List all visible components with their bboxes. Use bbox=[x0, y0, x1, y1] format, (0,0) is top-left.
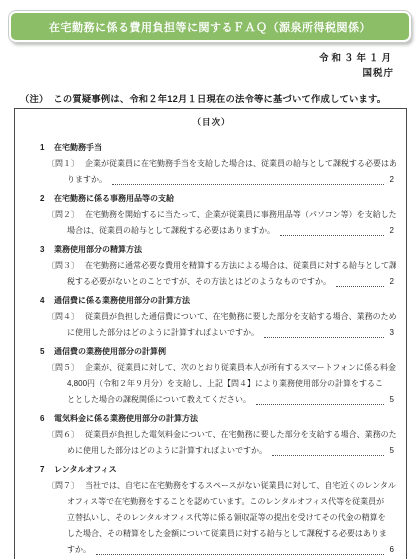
question-entry: 〔問５〕 企業が、従業員に対して、次のとおり従業員本人が所有するスマートフォンに… bbox=[27, 360, 396, 408]
section-title: 在宅勤務に係る事務用品等の支給 bbox=[54, 194, 174, 203]
toc-sections: 1在宅勤務手当 〔問１〕 企業が従業員に在宅勤務手当を支給した場合は、従業員の給… bbox=[27, 140, 396, 558]
toc-section: 7レンタルオフィス 〔問７〕 当社では、自宅に在宅勤務をするスペースがない従業員… bbox=[27, 462, 396, 558]
question-first-row: 〔問４〕 従業員が負担した通信費について、在宅勤務に要した部分を支給する場合、業… bbox=[27, 309, 396, 325]
question-line: した場合、その精算をした金額について従業員に対する給与として課税する必要はありま bbox=[27, 526, 396, 542]
page-number: 5 bbox=[390, 443, 396, 459]
question-last-line-text: めに使用した部分はどのように計算すればよいですか。 bbox=[67, 443, 267, 459]
question-first-line: 従業員が負担した通信費について、在宅勤務に要した部分を支給する場合、業務のため bbox=[85, 309, 396, 325]
question-first-line: 在宅勤務を開始するに当たって、企業が従業員に事務用品等（パソコン等）を支給した bbox=[85, 207, 396, 223]
question-last-row: りますか。 2 bbox=[27, 172, 396, 188]
section-heading: 3業務使用部分の精算方法 bbox=[27, 242, 396, 258]
question-last-row: 税する必要がないとのことですが、その方法とはどのようなものですか。 2 bbox=[27, 274, 396, 290]
document-title: 在宅勤務に係る費用負担等に関するＦＡＱ（源泉所得税関係） bbox=[49, 19, 371, 35]
section-title: 在宅勤務手当 bbox=[54, 143, 102, 152]
question-label: 〔問２〕 bbox=[47, 207, 79, 223]
question-last-row: すか。 6 bbox=[27, 542, 396, 558]
section-heading: 1在宅勤務手当 bbox=[27, 140, 396, 156]
question-entry: 〔問１〕 企業が従業員に在宅勤務手当を支給した場合は、従業員の給与として課税する… bbox=[27, 156, 396, 188]
section-title: 通信費に係る業務使用部分の計算方法 bbox=[54, 296, 190, 305]
section-number: 7 bbox=[40, 462, 54, 478]
question-label: 〔問５〕 bbox=[47, 360, 79, 376]
toc-section: 3業務使用部分の精算方法 〔問３〕 在宅勤務に通常必要な費用を精算する方法による… bbox=[27, 242, 396, 290]
section-number: 2 bbox=[40, 191, 54, 207]
question-last-row: めに使用した部分はどのように計算すればよいですか。 5 bbox=[27, 443, 396, 459]
title-banner: 在宅勤務に係る費用負担等に関するＦＡＱ（源泉所得税関係） bbox=[9, 11, 411, 42]
question-entry: 〔問４〕 従業員が負担した通信費について、在宅勤務に要した部分を支給する場合、業… bbox=[27, 309, 396, 341]
section-number: 1 bbox=[40, 140, 54, 156]
toc-section: 4通信費に係る業務使用部分の計算方法 〔問４〕 従業員が負担した通信費について、… bbox=[27, 293, 396, 341]
page-number: 5 bbox=[390, 392, 396, 408]
toc-section: 2在宅勤務に係る事務用品等の支給 〔問２〕 在宅勤務を開始するに当たって、企業が… bbox=[27, 191, 396, 239]
question-first-row: 〔問３〕 在宅勤務に通常必要な費用を精算する方法による場合は、従業員に対する給与… bbox=[27, 258, 396, 274]
page-number: 2 bbox=[390, 223, 396, 239]
section-heading: 5通信費の業務使用部分の計算例 bbox=[27, 344, 396, 360]
page-number: 6 bbox=[390, 542, 396, 558]
toc-box: （目次） 1在宅勤務手当 〔問１〕 企業が従業員に在宅勤務手当を支給した場合は、… bbox=[14, 108, 407, 559]
dot-leader bbox=[96, 554, 384, 555]
section-heading: 2在宅勤務に係る事務用品等の支給 bbox=[27, 191, 396, 207]
section-heading: 7レンタルオフィス bbox=[27, 462, 396, 478]
question-last-line-text: すか。 bbox=[67, 542, 91, 558]
question-last-line-text: ととした場合の課税関係について教えてください。 bbox=[67, 392, 251, 408]
section-number: 5 bbox=[40, 344, 54, 360]
section-title: 通信費の業務使用部分の計算例 bbox=[54, 347, 166, 356]
question-cont-lines: 4,800円（令和２年９月分）を支給し、上記【問４】により業務使用部分の計算をす… bbox=[27, 376, 396, 392]
question-line: オフィス等で在宅勤務をすることを認めています。このレンタルオフィス代等を従業員が bbox=[27, 494, 396, 510]
page-number: 2 bbox=[390, 274, 396, 290]
toc-section: 6電気料金に係る業務使用部分の計算方法 〔問６〕 従業員が負担した電気料金につい… bbox=[27, 411, 396, 459]
question-first-row: 〔問１〕 企業が従業員に在宅勤務手当を支給した場合は、従業員の給与として課税する… bbox=[27, 156, 396, 172]
section-number: 3 bbox=[40, 242, 54, 258]
dot-leader bbox=[256, 404, 384, 405]
question-last-row: 場合は、従業員の給与として課税する必要はありますか。 2 bbox=[27, 223, 396, 239]
question-entry: 〔問２〕 在宅勤務を開始するに当たって、企業が従業員に事務用品等（パソコン等）を… bbox=[27, 207, 396, 239]
question-label: 〔問３〕 bbox=[47, 258, 79, 274]
question-first-line: 従業員が負担した電気料金について、在宅勤務に要した部分を支給する場合、業務のた bbox=[85, 427, 396, 443]
document-date: 令和３年１月 bbox=[0, 51, 394, 66]
question-entry: 〔問６〕 従業員が負担した電気料金について、在宅勤務に要した部分を支給する場合、… bbox=[27, 427, 396, 459]
dot-leader bbox=[264, 337, 384, 338]
dot-leader bbox=[336, 286, 384, 287]
question-first-line: 在宅勤務に通常必要な費用を精算する方法による場合は、従業員に対する給与として課 bbox=[85, 258, 396, 274]
section-title: 電気料金に係る業務使用部分の計算方法 bbox=[54, 414, 198, 423]
toc-section: 5通信費の業務使用部分の計算例 〔問５〕 企業が、従業員に対して、次のとおり従業… bbox=[27, 344, 396, 408]
agency-name: 国税庁 bbox=[0, 66, 394, 81]
section-title: 業務使用部分の精算方法 bbox=[54, 245, 142, 254]
question-label: 〔問６〕 bbox=[47, 427, 79, 443]
header-meta: 令和３年１月 国税庁 bbox=[0, 51, 420, 81]
note-line: （注） この質疑事例は、令和２年12月１日現在の法令等に基づいて作成しています。 bbox=[20, 91, 406, 105]
dot-leader bbox=[112, 184, 384, 185]
question-cont-lines: オフィス等で在宅勤務をすることを認めています。このレンタルオフィス代等を従業員が… bbox=[27, 494, 396, 542]
section-heading: 6電気料金に係る業務使用部分の計算方法 bbox=[27, 411, 396, 427]
question-first-line: 当社では、自宅に在宅勤務をするスペースがない従業員に対して、自宅近くのレンタル bbox=[85, 478, 396, 494]
toc-section: 1在宅勤務手当 〔問１〕 企業が従業員に在宅勤務手当を支給した場合は、従業員の給… bbox=[27, 140, 396, 188]
question-first-row: 〔問６〕 従業員が負担した電気料金について、在宅勤務に要した部分を支給する場合、… bbox=[27, 427, 396, 443]
dot-leader bbox=[280, 235, 384, 236]
question-last-row: に使用した部分はどのように計算すればよいですか。 3 bbox=[27, 325, 396, 341]
question-last-line-text: 場合は、従業員の給与として課税する必要はありますか。 bbox=[67, 223, 275, 239]
question-entry: 〔問３〕 在宅勤務に通常必要な費用を精算する方法による場合は、従業員に対する給与… bbox=[27, 258, 396, 290]
question-first-row: 〔問７〕 当社では、自宅に在宅勤務をするスペースがない従業員に対して、自宅近くの… bbox=[27, 478, 396, 494]
section-number: 6 bbox=[40, 411, 54, 427]
question-first-row: 〔問２〕 在宅勤務を開始するに当たって、企業が従業員に事務用品等（パソコン等）を… bbox=[27, 207, 396, 223]
question-label: 〔問４〕 bbox=[47, 309, 79, 325]
page-number: 3 bbox=[390, 325, 396, 341]
question-entry: 〔問７〕 当社では、自宅に在宅勤務をするスペースがない従業員に対して、自宅近くの… bbox=[27, 478, 396, 558]
section-number: 4 bbox=[40, 293, 54, 309]
question-line: 4,800円（令和２年９月分）を支給し、上記【問４】により業務使用部分の計算をす… bbox=[27, 376, 396, 392]
section-heading: 4通信費に係る業務使用部分の計算方法 bbox=[27, 293, 396, 309]
question-first-row: 〔問５〕 企業が、従業員に対して、次のとおり従業員本人が所有するスマートフォンに… bbox=[27, 360, 396, 376]
toc-title: （目次） bbox=[27, 116, 396, 128]
question-first-line: 企業が、従業員に対して、次のとおり従業員本人が所有するスマートフォンに係る料金 bbox=[85, 360, 396, 376]
section-title: レンタルオフィス bbox=[54, 465, 117, 474]
question-first-line: 企業が従業員に在宅勤務手当を支給した場合は、従業員の給与として課税する必要はあ bbox=[85, 156, 396, 172]
dot-leader bbox=[272, 455, 384, 456]
question-last-line-text: に使用した部分はどのように計算すればよいですか。 bbox=[67, 325, 259, 341]
question-label: 〔問７〕 bbox=[47, 478, 79, 494]
question-last-row: ととした場合の課税関係について教えてください。 5 bbox=[27, 392, 396, 408]
question-line: 立替払いし、そのレンタルオフィス代等に係る領収証等の提出を受けてその代金の精算を bbox=[27, 510, 396, 526]
question-label: 〔問１〕 bbox=[47, 156, 79, 172]
question-last-line-text: りますか。 bbox=[67, 172, 107, 188]
question-last-line-text: 税する必要がないとのことですが、その方法とはどのようなものですか。 bbox=[67, 274, 331, 290]
page-number: 2 bbox=[390, 172, 396, 188]
